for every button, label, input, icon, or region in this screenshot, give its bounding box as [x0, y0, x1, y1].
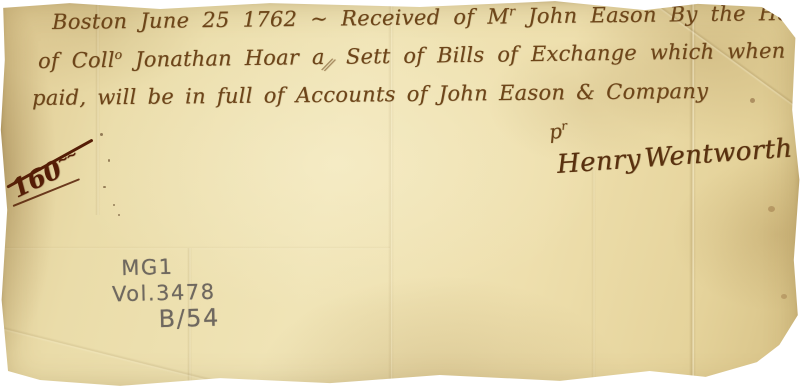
archival-fonds: MG1	[121, 253, 219, 282]
line2-text-a: of Coll	[38, 48, 115, 73]
line2-text-b: Jonathan Hoar a	[122, 45, 325, 72]
line1-text-b: John Eason By the Hands	[515, 1, 801, 29]
receipt-paper: Boston June 25 1762 ~ Received of Mr Joh…	[0, 0, 801, 391]
archival-item: B/54	[158, 305, 220, 333]
archival-note: MG1 Vol.3478 B/54	[111, 253, 220, 334]
superscript-r: r	[561, 118, 568, 133]
per-notation: pr	[548, 118, 569, 144]
scanned-document-view: Boston June 25 1762 ~ Received of Mr Joh…	[0, 0, 801, 391]
